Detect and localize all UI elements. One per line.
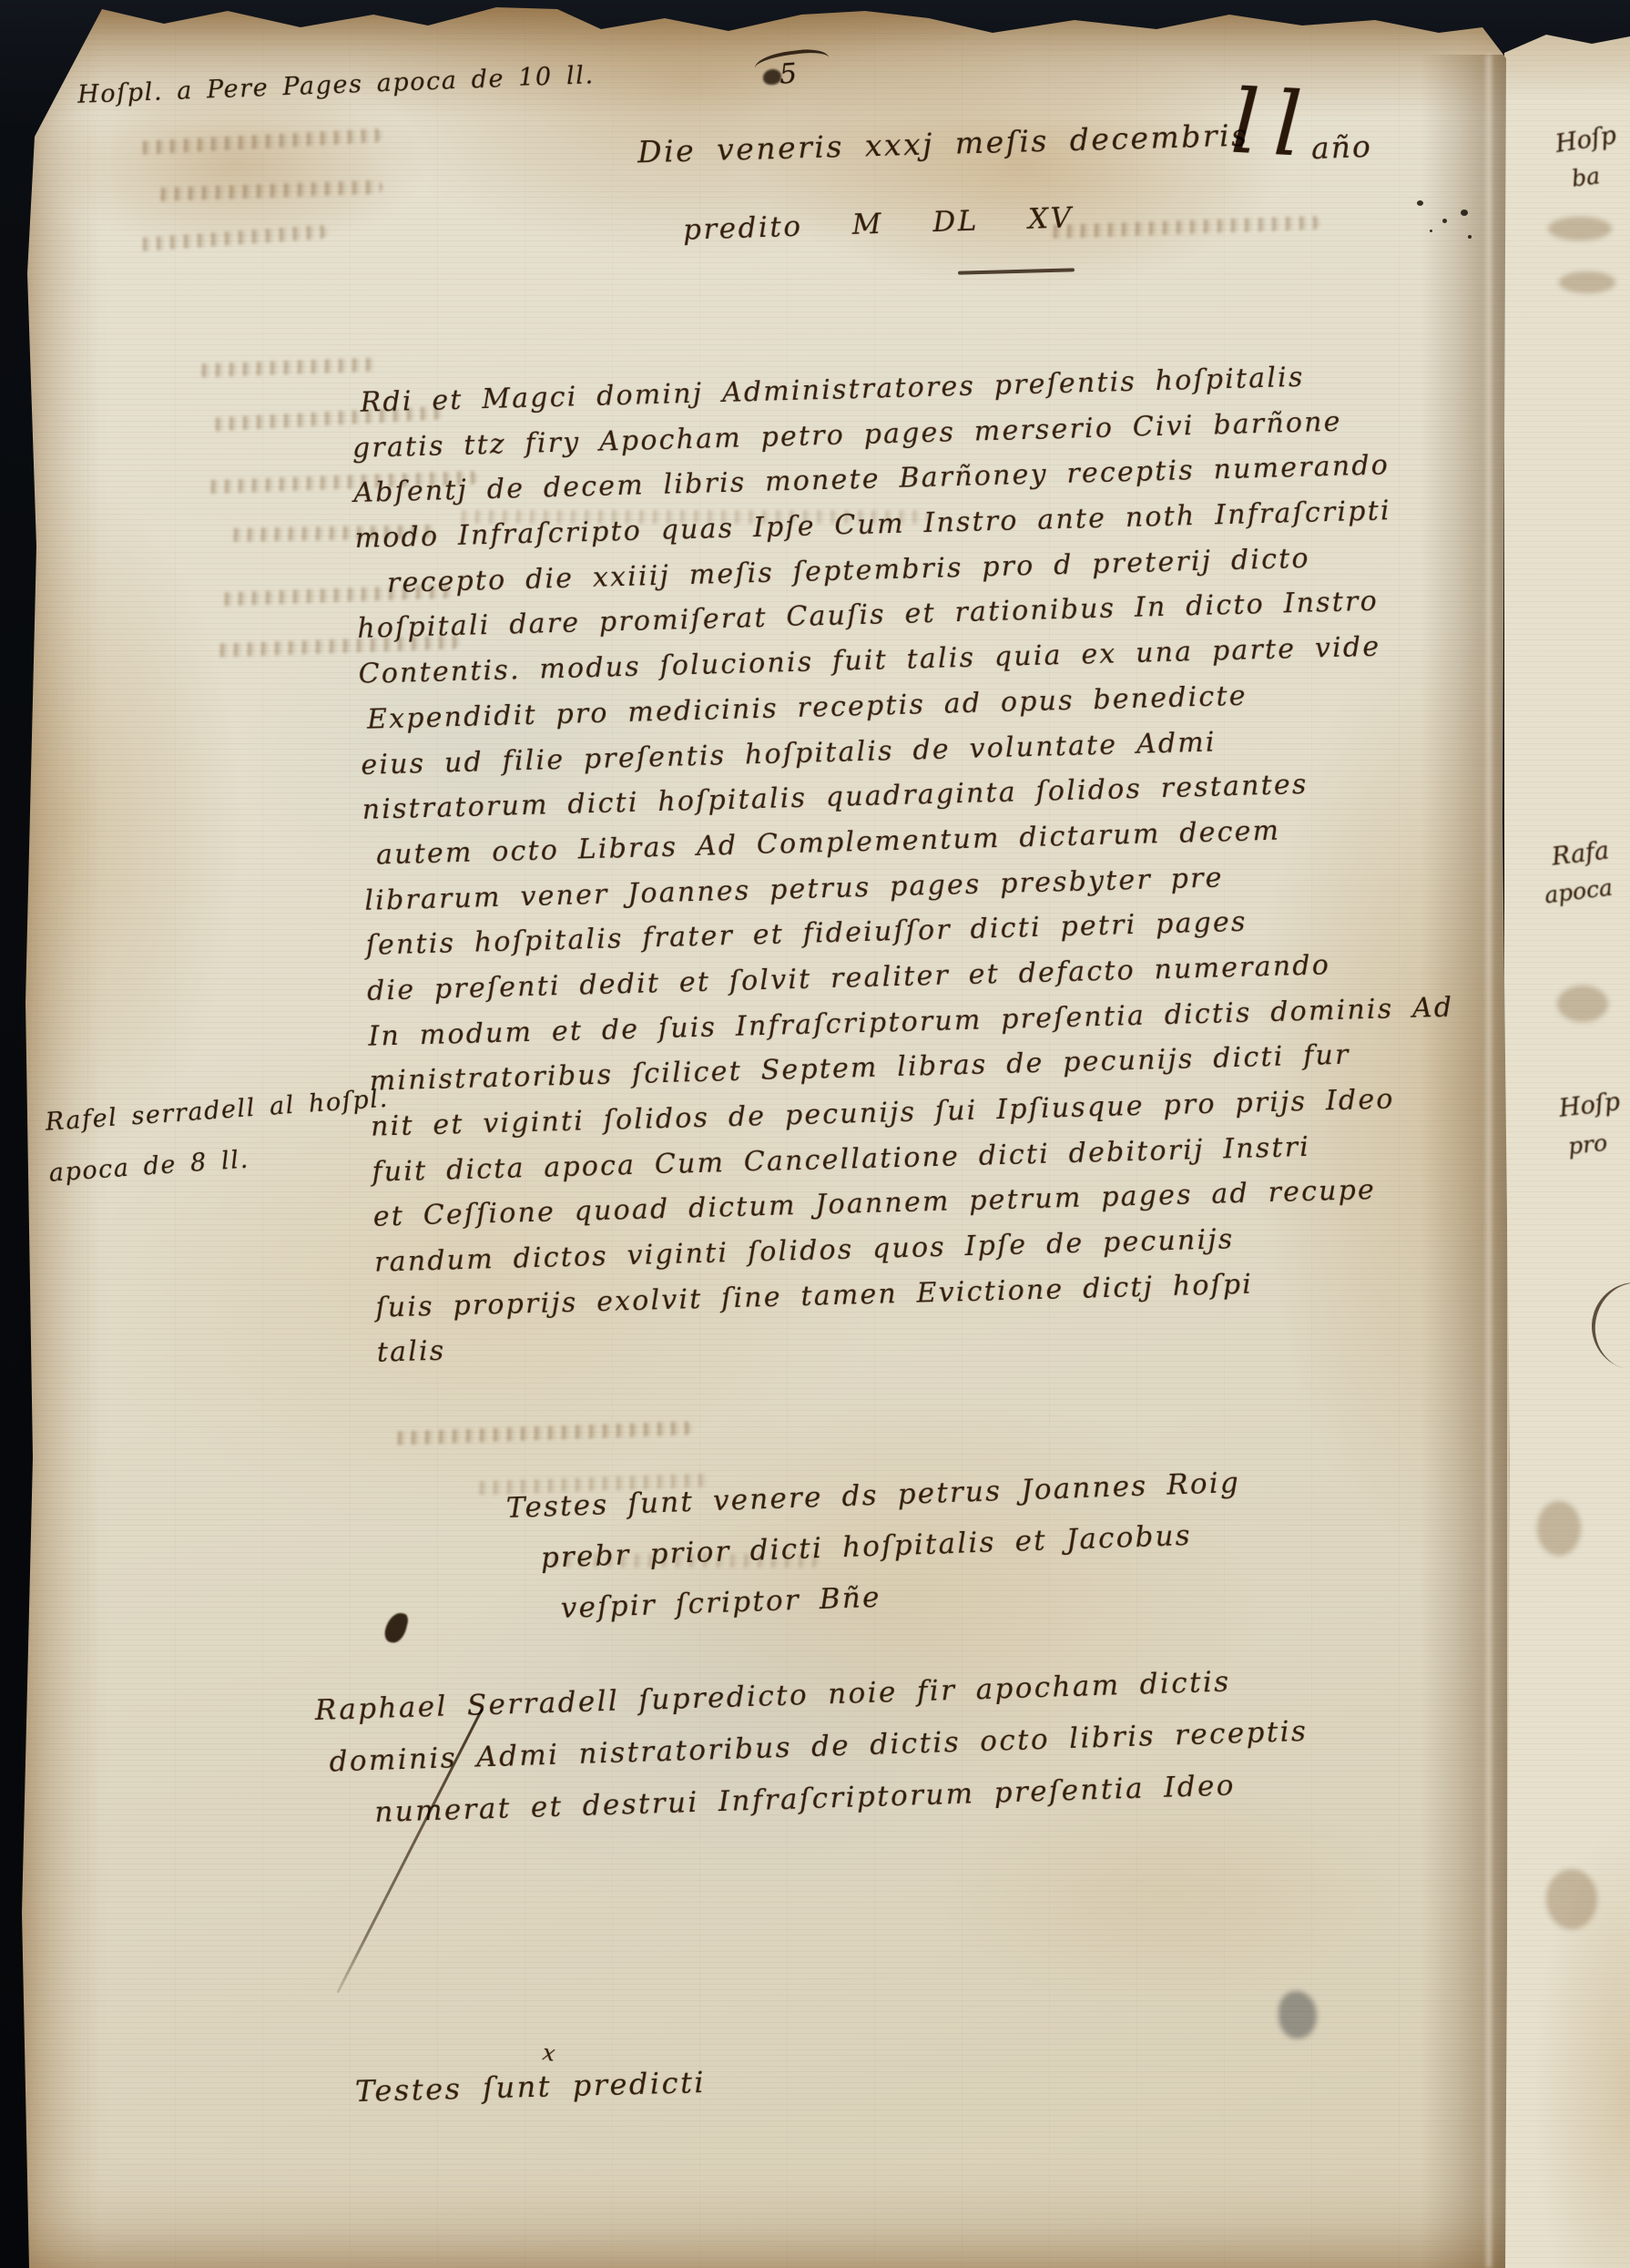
bleed-through-marks xyxy=(1557,986,1608,1022)
bleed-through-marks xyxy=(1546,1869,1597,1929)
ink-speck xyxy=(1417,200,1423,206)
heading-date-line: Die veneris xxxj meſis decembris xyxy=(637,117,1249,170)
ink-flourish-arc xyxy=(1583,1273,1630,1379)
ink-speck xyxy=(1442,219,1447,223)
next-folio-fragment: pro xyxy=(1567,1129,1609,1160)
bleed-through-marks xyxy=(1537,1501,1581,1556)
margin-note-bottom: Rafel serradell al hoſpl. apoca de 8 ll. xyxy=(44,1074,393,1200)
ink-speck xyxy=(1468,235,1472,239)
ink-speck xyxy=(1430,230,1432,232)
witness-block: Testes ſunt venere ds petrus Joannes Roi… xyxy=(505,1457,1245,1636)
next-folio-fragment: Rafa xyxy=(1550,836,1610,871)
heading-year-line: predito M DL XV xyxy=(683,201,1075,246)
bleed-through-marks xyxy=(392,1421,692,1446)
next-folio-fragment: apoca xyxy=(1543,874,1615,909)
second-entry-block: Raphael Serradell ſupredicto noie fir ap… xyxy=(314,1654,1310,1841)
ink-speck xyxy=(1461,209,1468,216)
next-folio-fragment: Hoſp xyxy=(1557,1088,1621,1123)
bleed-through-marks xyxy=(1559,271,1615,293)
margin-note-top: Hoſpl. a Pere Pages apoca de 10 ll. xyxy=(77,61,596,109)
next-folio-fragment: ba xyxy=(1570,162,1601,192)
manuscript-page: 5 Hoſpl. a Pere Pages apoca de 10 ll. Di… xyxy=(0,0,1630,2268)
photographed-manuscript: Hoſp ba Rafa apoca Hoſp pro xyxy=(0,0,1630,2268)
bleed-through-marks xyxy=(137,128,382,155)
ink-blot xyxy=(382,1610,410,1645)
bleed-through-marks xyxy=(155,180,382,202)
witness-line: Testes ſunt predicti xyxy=(355,2065,707,2109)
bleed-through-marks xyxy=(1047,216,1320,239)
underline-mark xyxy=(958,268,1075,274)
cross-mark: x xyxy=(541,2039,556,2067)
bleed-through-marks xyxy=(137,225,329,252)
gray-stain xyxy=(1279,1991,1317,2038)
ink-stroke-marks: ll xyxy=(1229,78,1319,170)
page-number: 5 xyxy=(779,57,798,90)
bleed-through-marks xyxy=(1548,217,1612,240)
fold-ridge xyxy=(1484,55,1493,2268)
bleed-through-marks xyxy=(196,358,378,378)
heading-date-line-end: año xyxy=(1310,128,1372,166)
main-text-block: Rdi et Magci dominj Administratores preſ… xyxy=(351,352,1462,1376)
next-folio-fragment: Hoſp xyxy=(1554,121,1618,158)
